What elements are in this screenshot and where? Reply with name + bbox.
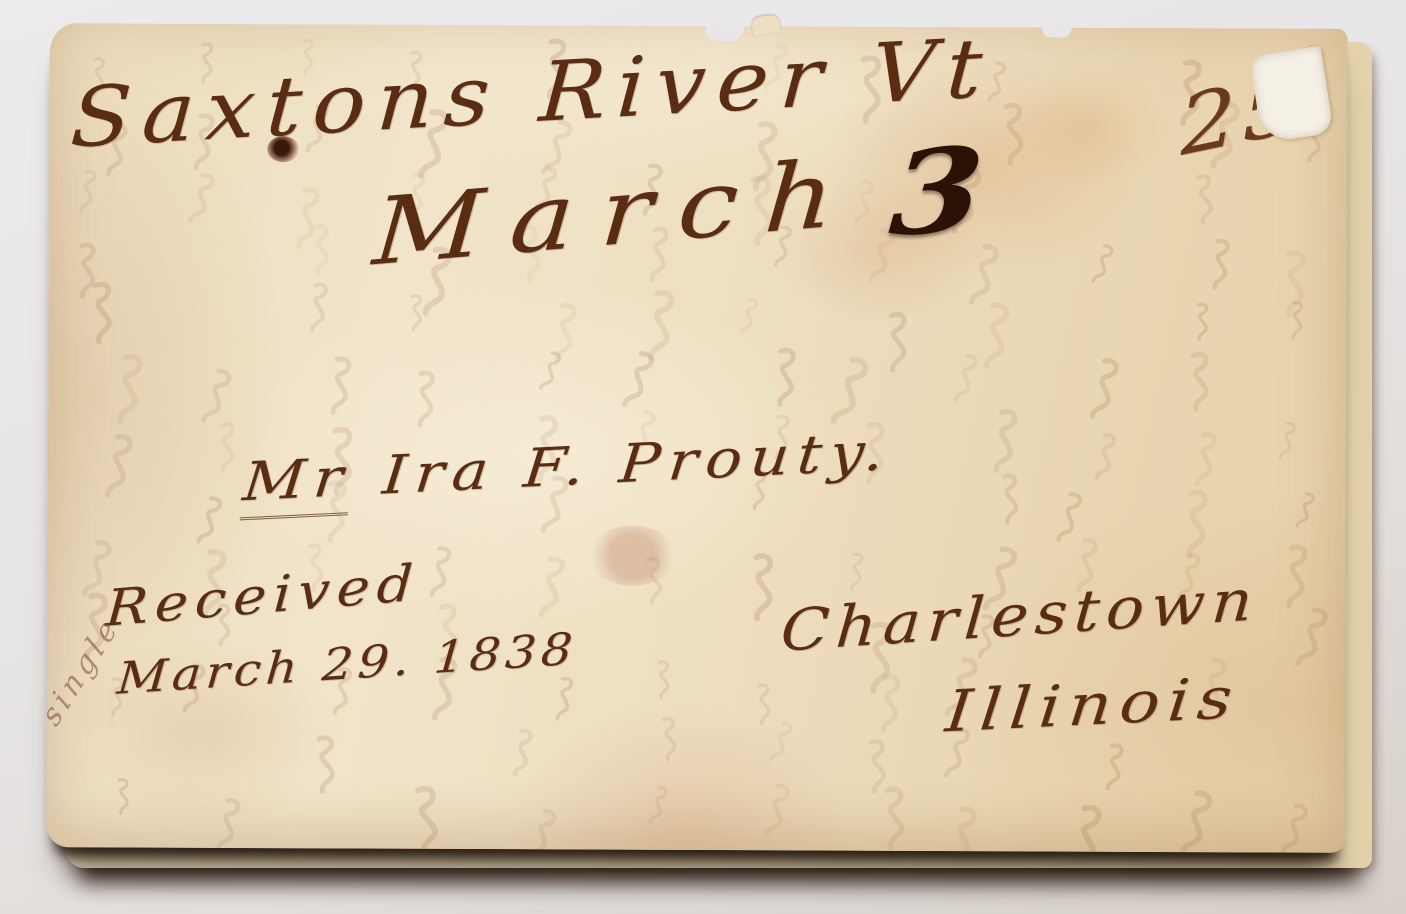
postmark-date-line: March3 bbox=[369, 120, 988, 306]
postmark-month: March bbox=[370, 138, 863, 286]
single-rate-note: single bbox=[46, 609, 127, 733]
addressee-line: MrIra F. Prouty. bbox=[240, 421, 894, 513]
received-docket-date: March 29. 1838 bbox=[115, 623, 578, 704]
letter-cover: Saxtons River Vt 25 March3 MrIra F. Prou… bbox=[46, 23, 1348, 853]
addressee-prefix: Mr bbox=[240, 447, 354, 521]
addressee-name: Ira F. Prouty. bbox=[380, 421, 895, 507]
ink-smudge bbox=[587, 526, 677, 586]
destination-state: Illinois bbox=[943, 665, 1243, 746]
paper-tear-chip bbox=[1042, 25, 1072, 38]
postmark-day: 3 bbox=[886, 120, 988, 263]
destination-town: Charlestown bbox=[779, 567, 1262, 665]
photo-background: Saxtons River Vt 25 March3 MrIra F. Prou… bbox=[0, 0, 1406, 914]
received-docket-label: Received bbox=[104, 553, 421, 638]
paper-tear-nub bbox=[751, 14, 781, 35]
